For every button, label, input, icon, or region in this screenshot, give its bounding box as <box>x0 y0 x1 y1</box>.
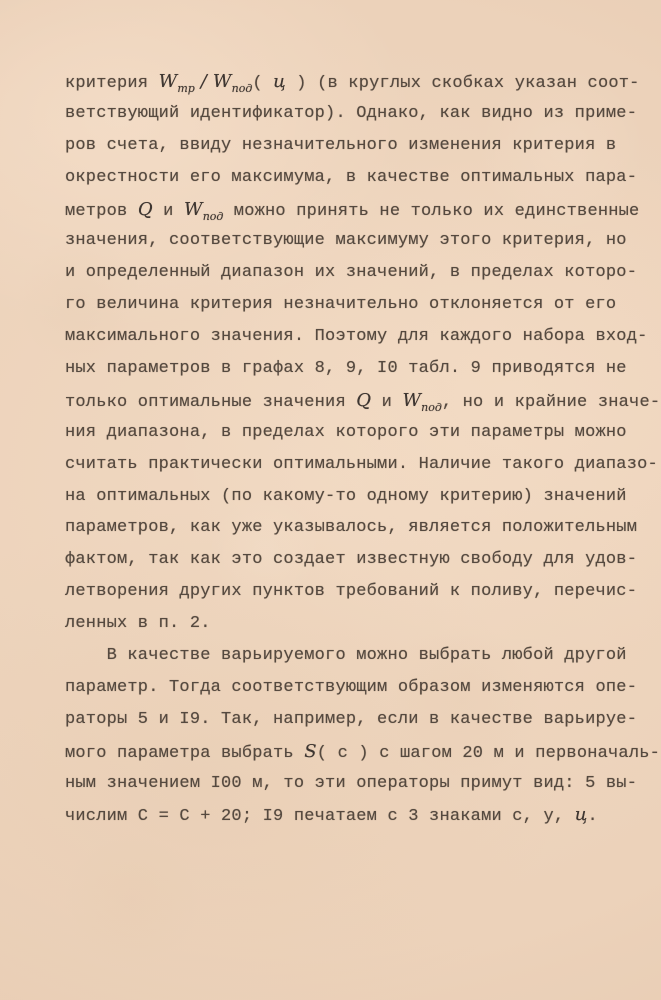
page-text: критерия Wтр / Wпод( ц ) (в круглых скоб… <box>65 66 650 831</box>
text-line: максимального значения. Поэтому для кажд… <box>65 321 650 353</box>
typewritten-text: ных параметров в графах 8, 9, I0 табл. 9… <box>65 359 627 378</box>
typewritten-text: ветствующий идентификатор). Однако, как … <box>65 104 637 123</box>
text-line: В качестве варьируемого можно выбрать лю… <box>65 640 650 672</box>
text-line: и определенный диапазон их значений, в п… <box>65 257 650 289</box>
typewritten-text: значения, соответствующие максимуму этог… <box>65 231 627 250</box>
typewritten-text: окрестности его максимума, в качестве оп… <box>65 168 637 187</box>
handwritten-symbol: под <box>203 210 224 223</box>
text-line: ным значением I00 м, то эти операторы пр… <box>65 768 650 800</box>
text-line: значения, соответствующие максимуму этог… <box>65 225 650 257</box>
text-line: на оптимальных (по какому-то одному крит… <box>65 481 650 513</box>
text-line: ветствующий идентификатор). Однако, как … <box>65 98 650 130</box>
text-line: летворения других пунктов требований к п… <box>65 576 650 608</box>
handwritten-symbol: W <box>213 71 232 92</box>
typewritten-text: метров <box>65 202 138 221</box>
typewritten-text: ) (в круглых скобках указан соот- <box>286 74 640 93</box>
typewritten-text: В качестве варьируемого можно выбрать лю… <box>65 646 627 665</box>
text-line: мого параметра выбрать S( с ) с шагом 20… <box>65 736 650 768</box>
typewritten-text: ( <box>252 74 273 93</box>
handwritten-symbol: S <box>304 741 317 762</box>
handwritten-symbol: W <box>159 71 178 92</box>
typewritten-text: только оптимальные значения <box>65 393 356 412</box>
typewritten-text: фактом, так как это создает известную св… <box>65 550 637 569</box>
typewritten-text: считать практически оптимальными. Наличи… <box>65 455 658 474</box>
handwritten-symbol: W <box>402 390 421 411</box>
handwritten-symbol: под <box>421 401 442 414</box>
text-line: го величина критерия незначительно откло… <box>65 289 650 321</box>
typewritten-text: можно принять не только их единственные <box>223 202 639 221</box>
typewritten-text: го величина критерия незначительно откло… <box>65 295 616 314</box>
typewritten-text: ния диапазона, в пределах которого эти п… <box>65 423 627 442</box>
document-page: критерия Wтр / Wпод( ц ) (в круглых скоб… <box>0 0 661 1000</box>
handwritten-symbol: / <box>195 71 213 92</box>
text-line: ленных в п. 2. <box>65 608 650 640</box>
text-line: параметров, как уже указывалось, являетс… <box>65 512 650 544</box>
text-line: числим С = С + 20; I9 печатаем с 3 знака… <box>65 799 650 831</box>
typewritten-text: ров счета, ввиду незначительного изменен… <box>65 136 616 155</box>
handwritten-symbol: под <box>232 82 253 95</box>
text-line: метров Q и Wпод можно принять не только … <box>65 194 650 226</box>
typewritten-text: максимального значения. Поэтому для кажд… <box>65 327 648 346</box>
typewritten-text: ным значением I00 м, то эти операторы пр… <box>65 774 637 793</box>
text-line: ния диапазона, в пределах которого эти п… <box>65 417 650 449</box>
text-line: раторы 5 и I9. Так, например, если в кач… <box>65 704 650 736</box>
text-line: фактом, так как это создает известную св… <box>65 544 650 576</box>
typewritten-text: и <box>153 202 184 221</box>
handwritten-symbol: Q <box>138 199 153 220</box>
text-line: ров счета, ввиду незначительного изменен… <box>65 130 650 162</box>
handwritten-symbol: тр <box>177 82 194 95</box>
typewritten-text: летворения других пунктов требований к п… <box>65 582 637 601</box>
text-line: ных параметров в графах 8, 9, I0 табл. 9… <box>65 353 650 385</box>
typewritten-text: числим С = С + 20; I9 печатаем с 3 знака… <box>65 807 575 826</box>
typewritten-text: ( с ) с шагом 20 м и первоначаль- <box>317 744 660 763</box>
handwritten-symbol: W <box>184 199 203 220</box>
text-line: критерия Wтр / Wпод( ц ) (в круглых скоб… <box>65 66 650 98</box>
typewritten-text: мого параметра выбрать <box>65 744 304 763</box>
text-line: считать практически оптимальными. Наличи… <box>65 449 650 481</box>
text-line: окрестности его максимума, в качестве оп… <box>65 162 650 194</box>
text-line: только оптимальные значения Q и Wпод, но… <box>65 385 650 417</box>
typewritten-text: раторы 5 и I9. Так, например, если в кач… <box>65 710 637 729</box>
typewritten-text: и <box>371 393 402 412</box>
handwritten-symbol: ц <box>575 804 588 825</box>
handwritten-symbol: ц <box>273 71 286 92</box>
typewritten-text: ленных в п. 2. <box>65 614 211 633</box>
handwritten-symbol: Q <box>356 390 371 411</box>
typewritten-text: и определенный диапазон их значений, в п… <box>65 263 637 282</box>
typewritten-text: , но и крайние значе- <box>442 393 660 412</box>
typewritten-text: . <box>587 807 597 826</box>
typewritten-text: параметр. Тогда соответствующим образом … <box>65 678 637 697</box>
typewritten-text: критерия <box>65 74 159 93</box>
typewritten-text: на оптимальных (по какому-то одному крит… <box>65 487 627 506</box>
typewritten-text: параметров, как уже указывалось, являетс… <box>65 518 637 537</box>
text-line: параметр. Тогда соответствующим образом … <box>65 672 650 704</box>
